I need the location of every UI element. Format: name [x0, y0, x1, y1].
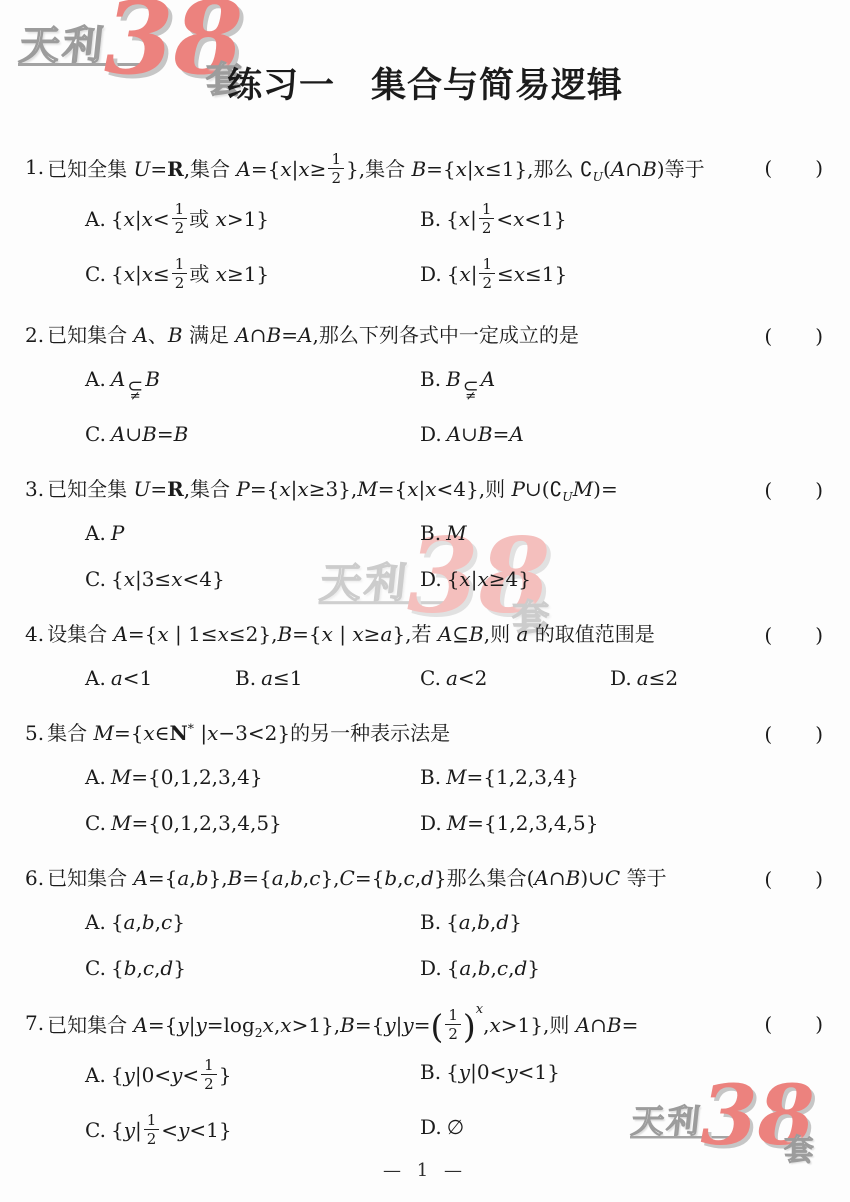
- option-B: B.{a,b,d}: [420, 899, 824, 945]
- question-number: 5.: [25, 718, 44, 749]
- option-A: A.M={0,1,2,3,4}: [85, 754, 420, 800]
- option-A: A.{a,b,c}: [85, 899, 420, 945]
- option-body: M={0,1,2,3,4}: [111, 765, 263, 789]
- option-label: B.: [420, 910, 441, 934]
- option-label: C.: [85, 1118, 106, 1142]
- option-label: A.: [85, 521, 106, 545]
- option-body: A∪B=B: [111, 422, 188, 446]
- option-D: D.M={1,2,3,4,5}: [420, 800, 824, 846]
- option-B: B.M={1,2,3,4}: [420, 754, 824, 800]
- question: 7. 已知集合 A={y|y=log2x,x>1},B={y|y=(12)x,x…: [25, 1006, 824, 1159]
- option-A: A.P: [85, 510, 420, 556]
- option-C: C.{x|3≤x<4}: [85, 556, 420, 602]
- option-body: {y|0<y<1}: [446, 1060, 560, 1084]
- question-options: A.{y|0<y<12}B.{y|0<y<1}C.{y|12<y<1}D.∅: [85, 1049, 824, 1159]
- question: 3. 已知全集 U=R,集合 P={x|x≥3},M={x|x<4},则 P∪(…: [25, 472, 824, 602]
- question-stem-row: 3. 已知全集 U=R,集合 P={x|x≥3},M={x|x<4},则 P∪(…: [25, 472, 824, 510]
- question-number: 3.: [25, 474, 44, 505]
- question-stem: 已知集合 A、B 满足 A∩B=A,那么下列各式中一定成立的是: [47, 320, 756, 351]
- option-label: A.: [85, 910, 106, 934]
- option-B: B.{y|0<y<1}: [420, 1049, 824, 1104]
- option-B: B.{x|12<x<1}: [420, 193, 824, 248]
- option-body: {x|3≤x<4}: [111, 567, 225, 591]
- option-label: B.: [420, 521, 441, 545]
- question-stem-row: 7. 已知集合 A={y|y=log2x,x>1},B={y|y=(12)x,x…: [25, 1006, 824, 1049]
- answer-bracket: ( ): [764, 320, 824, 352]
- option-body: M={0,1,2,3,4,5}: [111, 811, 282, 835]
- question: 6. 已知集合 A={a,b},B={a,b,c},C={b,c,d}那么集合(…: [25, 861, 824, 991]
- option-body: {a,b,c,d}: [447, 956, 540, 980]
- question: 4. 设集合 A={x | 1≤x≤2},B={x | x≥a},若 A⊆B,则…: [25, 617, 824, 701]
- question-options: A.{a,b,c}B.{a,b,d}C.{b,c,d}D.{a,b,c,d}: [85, 899, 824, 991]
- question-stem: 已知全集 U=R,集合 A={x|x≥12},集合 B={x|x≤1},那么 ∁…: [47, 152, 756, 189]
- option-label: D.: [420, 422, 442, 446]
- question-stem: 集合 M={x∈N* |x−3<2}的另一种表示法是: [47, 718, 756, 749]
- option-label: C.: [85, 956, 106, 980]
- option-body: a≤2: [637, 666, 678, 690]
- option-label: C.: [85, 567, 106, 591]
- option-C: C.M={0,1,2,3,4,5}: [85, 800, 420, 846]
- option-label: D.: [420, 1115, 442, 1139]
- option-B: B.M: [420, 510, 824, 556]
- question-options: A.{x|x<12或 x>1}B.{x|12<x<1}C.{x|x≤12或 x≥…: [85, 193, 824, 303]
- option-label: A.: [85, 207, 106, 231]
- question-number: 6.: [25, 863, 44, 894]
- option-label: B.: [420, 1060, 441, 1084]
- option-label: B.: [420, 207, 441, 231]
- option-label: D.: [420, 811, 442, 835]
- answer-bracket: ( ): [764, 718, 824, 750]
- question-stem-row: 4. 设集合 A={x | 1≤x≤2},B={x | x≥a},若 A⊆B,则…: [25, 617, 824, 655]
- option-B: B.a≤1: [235, 655, 420, 701]
- option-A: A.A⊂≠B: [85, 356, 420, 411]
- option-C: C.A∪B=B: [85, 411, 420, 457]
- option-label: D.: [420, 567, 442, 591]
- option-body: A∪B=A: [447, 422, 524, 446]
- option-body: ∅: [447, 1115, 464, 1139]
- option-body: {x|x<12或 x>1}: [111, 207, 269, 231]
- questions: 1. 已知全集 U=R,集合 A={x|x≥12},集合 B={x|x≤1},那…: [25, 150, 824, 1174]
- question-number: 7.: [25, 1008, 44, 1039]
- option-label: D.: [420, 262, 442, 286]
- option-label: B.: [235, 666, 256, 690]
- option-body: a<1: [111, 666, 152, 690]
- question-stem: 已知全集 U=R,集合 P={x|x≥3},M={x|x<4},则 P∪(∁UM…: [47, 474, 756, 506]
- question-stem: 已知集合 A={y|y=log2x,x>1},B={y|y=(12)x,x>1}…: [47, 1008, 756, 1045]
- answer-bracket: ( ): [764, 474, 824, 506]
- question: 1. 已知全集 U=R,集合 A={x|x≥12},集合 B={x|x≤1},那…: [25, 150, 824, 303]
- option-body: P: [111, 521, 124, 545]
- option-body: {b,c,d}: [111, 956, 186, 980]
- option-body: {x|12<x<1}: [446, 207, 567, 231]
- option-body: B⊂≠A: [446, 367, 495, 391]
- option-D: D.a≤2: [610, 655, 824, 701]
- question-stem-row: 6. 已知集合 A={a,b},B={a,b,c},C={b,c,d}那么集合(…: [25, 861, 824, 899]
- option-label: A.: [85, 765, 106, 789]
- question-stem-row: 1. 已知全集 U=R,集合 A={x|x≥12},集合 B={x|x≤1},那…: [25, 150, 824, 193]
- option-B: B.B⊂≠A: [420, 356, 824, 411]
- option-label: A.: [85, 367, 106, 391]
- option-label: B.: [420, 765, 441, 789]
- answer-bracket: ( ): [764, 863, 824, 895]
- question: 2. 已知集合 A、B 满足 A∩B=A,那么下列各式中一定成立的是 ( ) A…: [25, 318, 824, 457]
- option-C: C.{x|x≤12或 x≥1}: [85, 248, 420, 303]
- option-body: M: [446, 521, 466, 545]
- question-stem: 已知集合 A={a,b},B={a,b,c},C={b,c,d}那么集合(A∩B…: [47, 863, 756, 894]
- question-number: 2.: [25, 320, 44, 351]
- question-options: A.a<1B.a≤1C.a<2D.a≤2: [85, 655, 824, 701]
- option-D: D.{a,b,c,d}: [420, 945, 824, 991]
- question-options: A.A⊂≠BB.B⊂≠AC.A∪B=BD.A∪B=A: [85, 356, 824, 457]
- page-number: — 1 —: [0, 1160, 850, 1181]
- option-C: C.a<2: [420, 655, 610, 701]
- option-body: {y|0<y<12}: [111, 1063, 232, 1087]
- option-D: D.{x|12≤x≤1}: [420, 248, 824, 303]
- option-body: A⊂≠B: [111, 367, 160, 391]
- option-body: {x|x≥4}: [447, 567, 531, 591]
- option-label: C.: [85, 422, 106, 446]
- option-label: A.: [85, 1063, 106, 1087]
- option-body: {x|x≤12或 x≥1}: [111, 262, 269, 286]
- option-label: C.: [85, 811, 106, 835]
- option-D: D.{x|x≥4}: [420, 556, 824, 602]
- option-label: D.: [420, 956, 442, 980]
- answer-bracket: ( ): [764, 619, 824, 651]
- option-C: C.{b,c,d}: [85, 945, 420, 991]
- question-stem-row: 2. 已知集合 A、B 满足 A∩B=A,那么下列各式中一定成立的是 ( ): [25, 318, 824, 356]
- option-label: B.: [420, 367, 441, 391]
- option-body: a<2: [446, 666, 487, 690]
- option-label: D.: [610, 666, 632, 690]
- question-number: 1.: [25, 152, 44, 183]
- option-label: C.: [420, 666, 441, 690]
- answer-bracket: ( ): [764, 1008, 824, 1040]
- option-D: D.A∪B=A: [420, 411, 824, 457]
- question-stem-row: 5. 集合 M={x∈N* |x−3<2}的另一种表示法是 ( ): [25, 716, 824, 754]
- question-stem: 设集合 A={x | 1≤x≤2},B={x | x≥a},若 A⊆B,则 a …: [47, 619, 756, 650]
- option-A: A.a<1: [85, 655, 235, 701]
- option-body: {a,b,c}: [111, 910, 185, 934]
- option-A: A.{y|0<y<12}: [85, 1049, 420, 1104]
- option-label: A.: [85, 666, 106, 690]
- question-number: 4.: [25, 619, 44, 650]
- question-options: A.M={0,1,2,3,4}B.M={1,2,3,4}C.M={0,1,2,3…: [85, 754, 824, 846]
- option-A: A.{x|x<12或 x>1}: [85, 193, 420, 248]
- option-body: M={1,2,3,4,5}: [447, 811, 599, 835]
- option-body: {a,b,d}: [446, 910, 522, 934]
- option-body: a≤1: [261, 666, 302, 690]
- option-C: C.{y|12<y<1}: [85, 1104, 420, 1159]
- exam-page: 天利 38 套 天利 38 套 天利 38 套 练习一 集合与简易逻辑 1. 已…: [0, 0, 850, 1202]
- option-body: M={1,2,3,4}: [446, 765, 579, 789]
- option-label: C.: [85, 262, 106, 286]
- answer-bracket: ( ): [764, 152, 824, 184]
- option-D: D.∅: [420, 1104, 824, 1159]
- option-body: {y|12<y<1}: [111, 1118, 232, 1142]
- question: 5. 集合 M={x∈N* |x−3<2}的另一种表示法是 ( ) A.M={0…: [25, 716, 824, 846]
- question-options: A.PB.MC.{x|3≤x<4}D.{x|x≥4}: [85, 510, 824, 602]
- option-body: {x|12≤x≤1}: [447, 262, 568, 286]
- page-title: 练习一 集合与简易逻辑: [0, 58, 850, 108]
